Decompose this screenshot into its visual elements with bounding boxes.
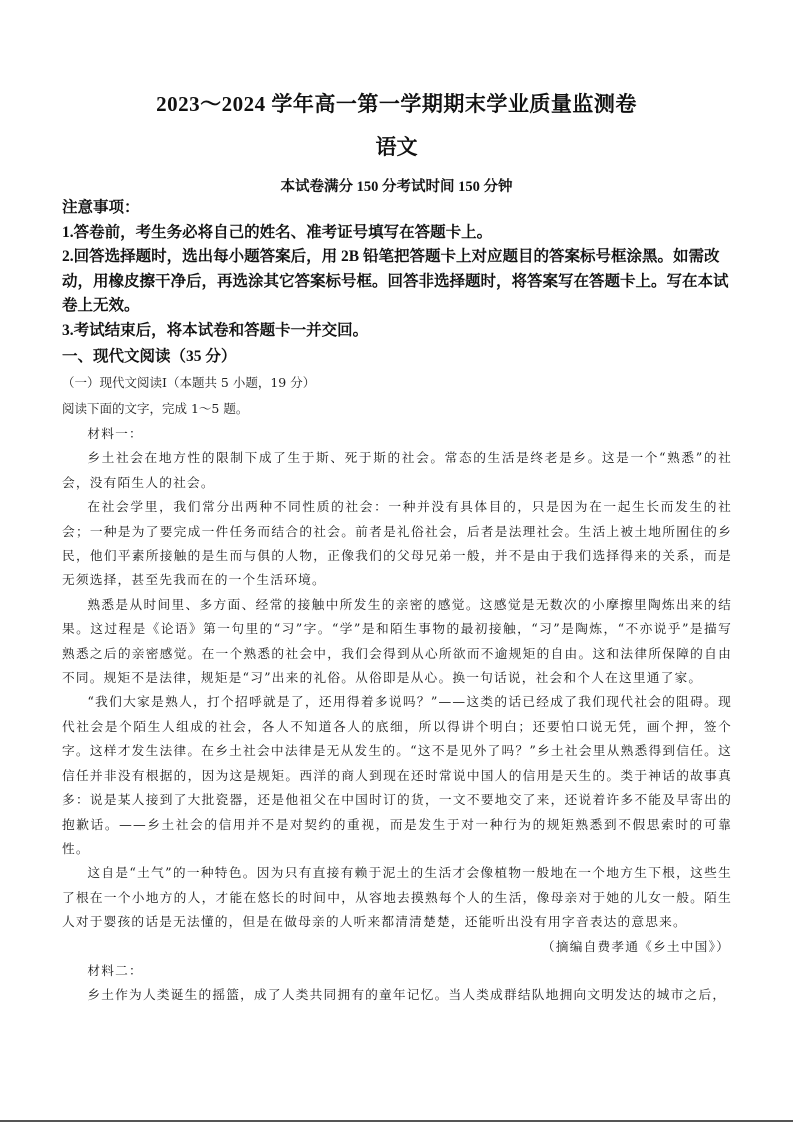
notice-section: 注意事项： 1.答卷前，考生务必将自己的姓名、准考证号填写在答题卡上。 2.回答… — [62, 196, 734, 343]
notice-item-3: 3.考试结束后，将本试卷和答题卡一并交回。 — [62, 319, 734, 344]
score-time-line: 本试卷满分 150 分考试时间 150 分钟 — [0, 175, 793, 196]
reading-instruction: 阅读下面的文字，完成 1～5 题。 — [62, 399, 248, 417]
material-one-paragraph: 在社会学里，我们常分出两种不同性质的社会：一种并没有具体目的，只是因为在一起生长… — [62, 495, 732, 593]
material-one-label: 材料一： — [62, 422, 732, 446]
exam-page: 2023～2024 学年高一第一学期期末学业质量监测卷 语文 本试卷满分 150… — [0, 0, 793, 1122]
material-two-paragraph: 乡土作为人类诞生的摇篮，成了人类共同拥有的童年记忆。当人类成群结队地拥向文明发达… — [62, 983, 732, 1007]
notice-heading: 注意事项： — [62, 196, 734, 221]
exam-title: 2023～2024 学年高一第一学期期末学业质量监测卷 — [0, 88, 793, 118]
subsection-heading: （一）现代文阅读Ⅰ（本题共 5 小题，19 分） — [62, 373, 315, 391]
material-one-paragraph: 熟悉是从时间里、多方面、经常的接触中所发生的亲密的感觉。这感觉是无数次的小摩擦里… — [62, 593, 732, 691]
notice-item-2: 2.回答选择题时，选出每小题答案后，用 2B 铅笔把答题卡上对应题目的答案标号框… — [62, 245, 734, 319]
material-one-paragraph: 乡土社会在地方性的限制下成了生于斯、死于斯的社会。常态的生活是终老是乡。这是一个… — [62, 446, 732, 495]
material-one-paragraph: “我们大家是熟人，打个招呼就是了，还用得着多说吗？”——这类的话已经成了我们现代… — [62, 690, 732, 861]
notice-item-1: 1.答卷前，考生务必将自己的姓名、准考证号填写在答题卡上。 — [62, 221, 734, 246]
section-heading: 一、现代文阅读（35 分） — [62, 344, 236, 366]
material-one-paragraph: 这自是“土气”的一种特色。因为只有直接有赖于泥土的生活才会像植物一般地在一个地方… — [62, 861, 732, 934]
material-one-source: （摘编自费孝通《乡土中国》） — [62, 935, 732, 959]
exam-subject: 语文 — [0, 131, 793, 161]
material-one: 材料一： 乡土社会在地方性的限制下成了生于斯、死于斯的社会。常态的生活是终老是乡… — [62, 422, 732, 1008]
material-two-label: 材料二： — [62, 959, 732, 983]
